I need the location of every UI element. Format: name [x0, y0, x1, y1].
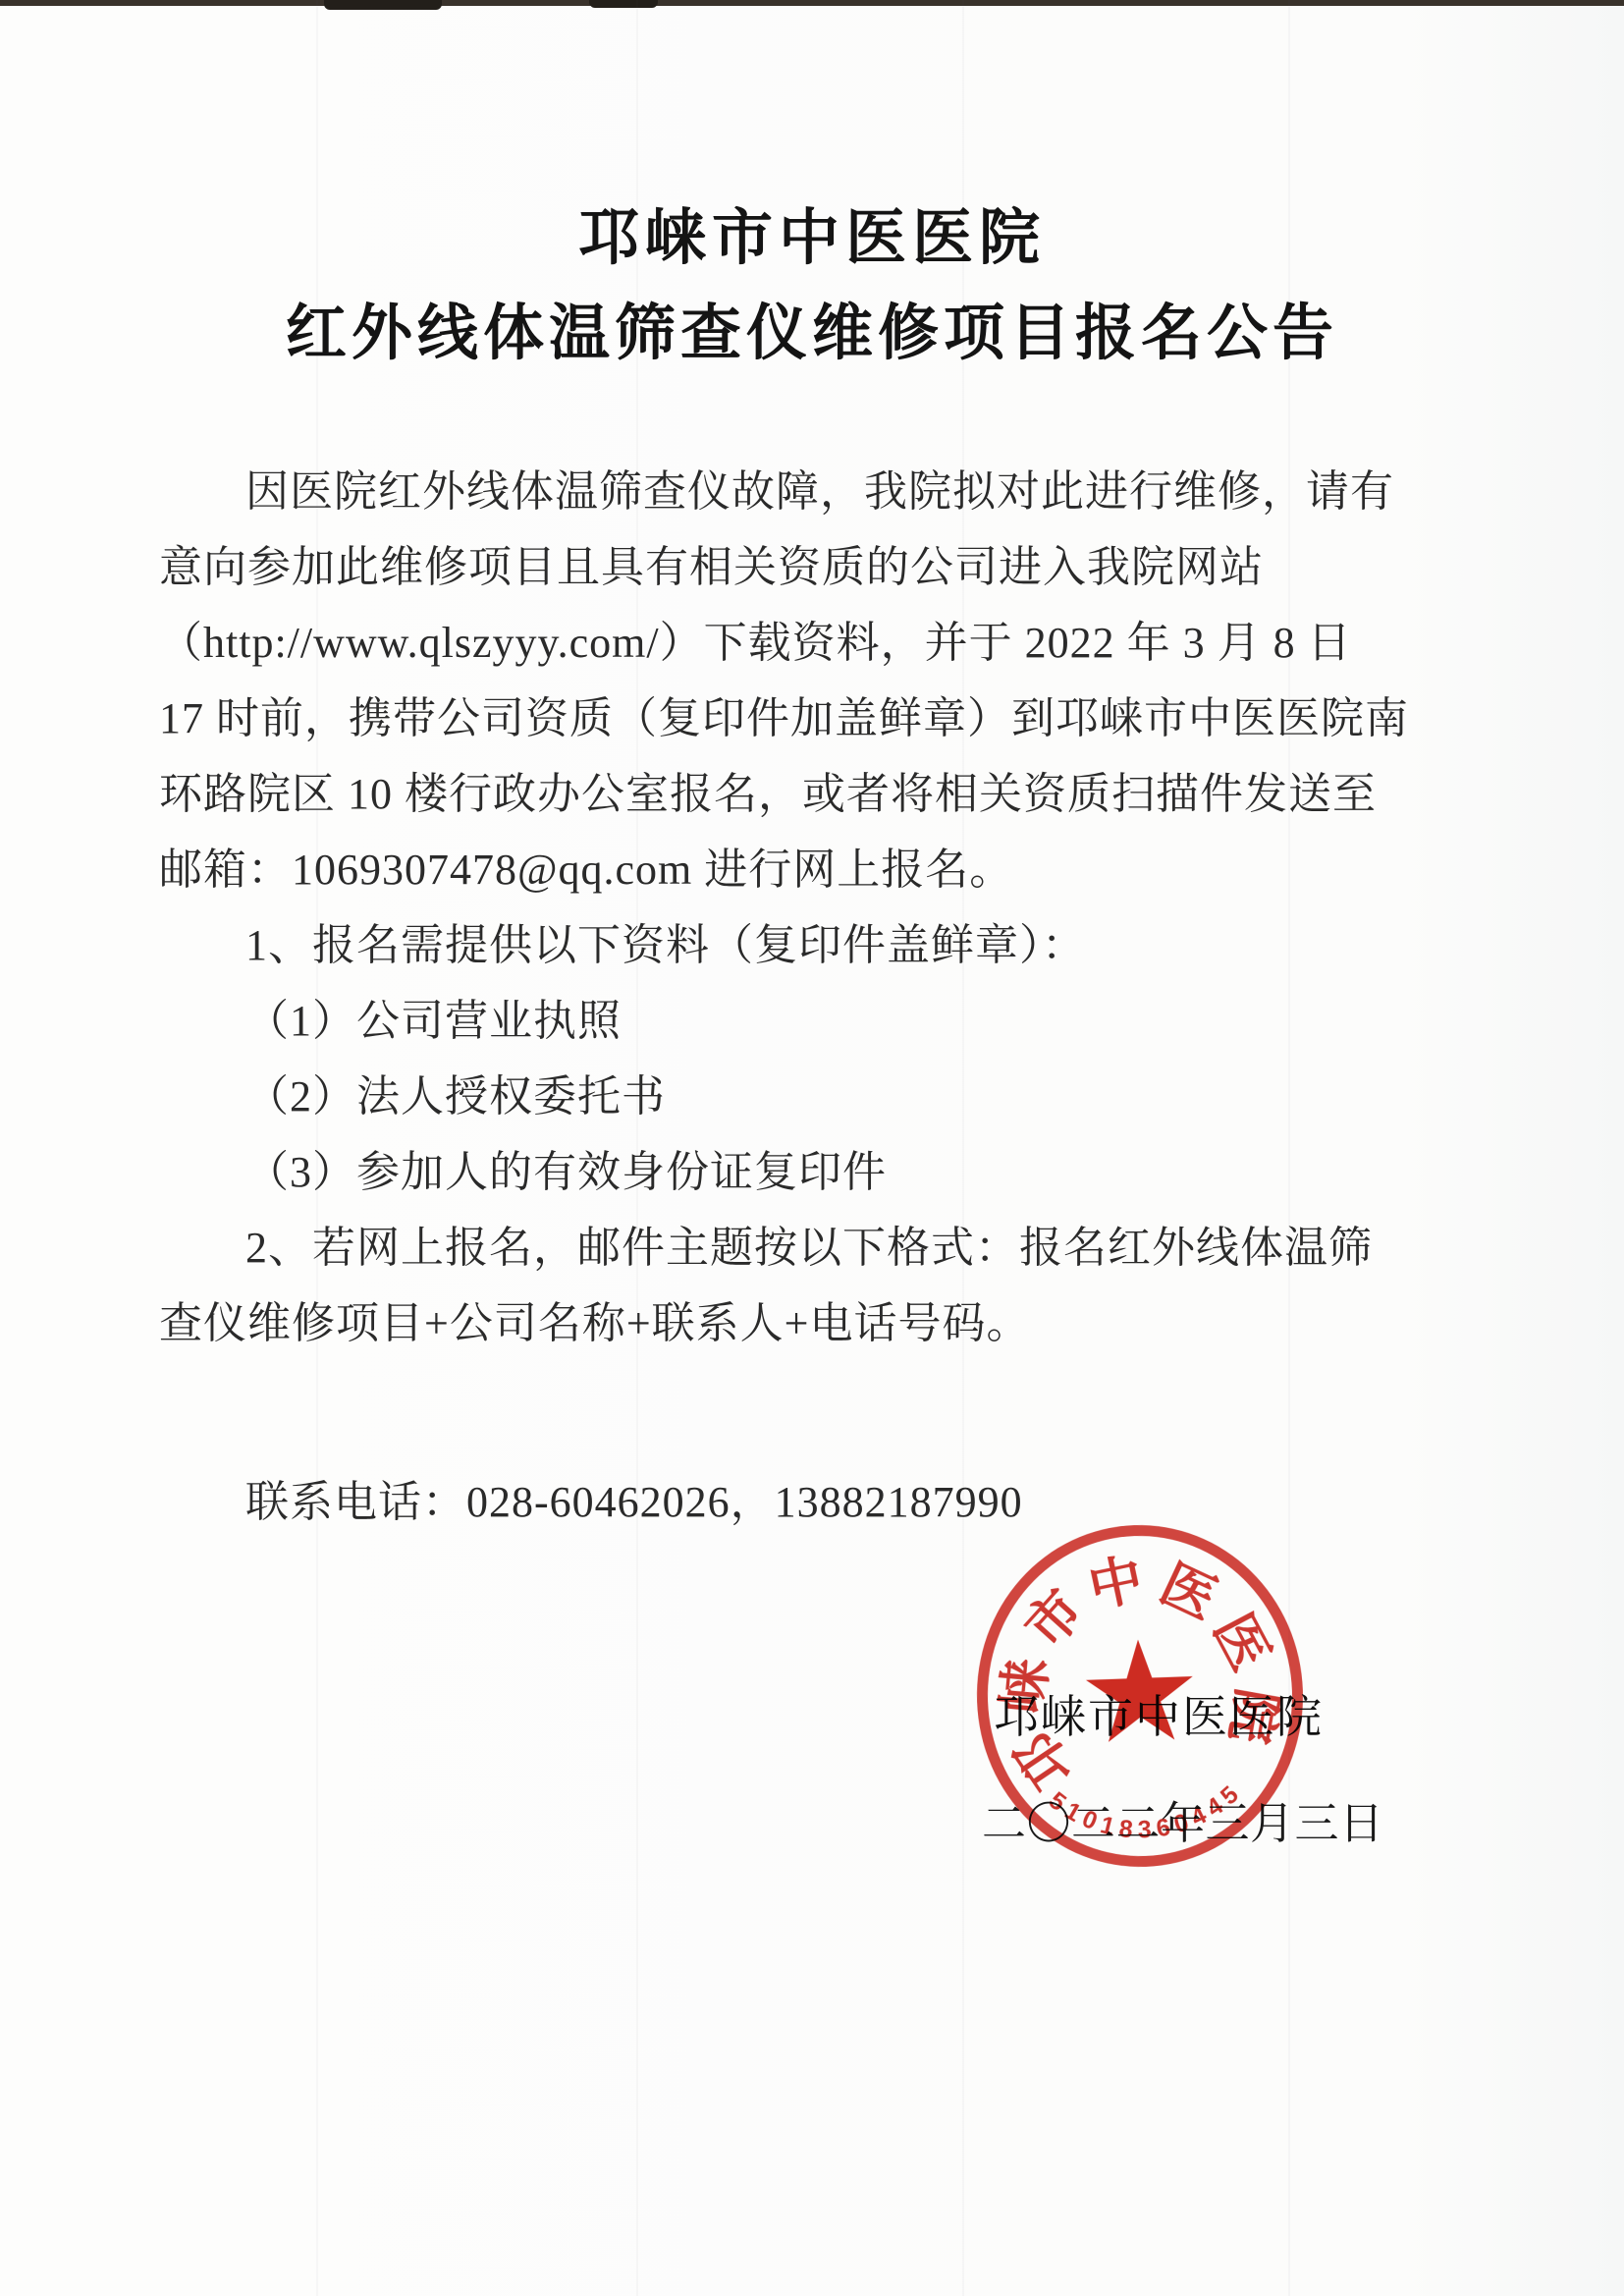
- body-line-subitem-1: （1）公司营业执照: [159, 983, 1445, 1059]
- star-icon: ★: [1075, 1621, 1205, 1765]
- contact-phone-line: 联系电话：028-60462026，13882187990: [159, 1473, 1023, 1532]
- seal-ring-char: 崃: [997, 1657, 1056, 1716]
- scan-artifact-blob: [324, 0, 442, 10]
- scan-artifact-top-edge: [0, 0, 1624, 6]
- doc-title-project: 红外线体温筛查仪维修项目报名公告: [0, 284, 1624, 371]
- doc-body: 因医院红外线体温筛查仪故障，我院拟对此进行维修，请有 意向参加此维修项目且具有相…: [159, 454, 1445, 1361]
- body-line: 查仪维修项目+公司名称+联系人+电话号码。: [159, 1285, 1445, 1361]
- body-line-subitem-2: （2）法人授权委托书: [159, 1059, 1445, 1134]
- body-line: 环路院区 10 楼行政办公室报名，或者将相关资质扫描件发送至: [159, 756, 1445, 832]
- seal-serial-digit: 3: [1137, 1818, 1152, 1842]
- body-line: 意向参加此维修项目且具有相关资质的公司进入我院网站: [159, 529, 1445, 605]
- body-line: 17 时前，携带公司资质（复印件加盖鲜章）到邛崃市中医医院南: [159, 681, 1445, 756]
- body-line: 因医院红外线体温筛查仪故障，我院拟对此进行维修，请有: [159, 454, 1445, 529]
- seal-serial-digit: 8: [1117, 1817, 1133, 1842]
- body-line-website: （http://www.qlszyyy.com/）下载资料，并于 2022 年 …: [159, 605, 1445, 681]
- body-line-email: 邮箱：1069307478@qq.com 进行网上报名。: [159, 832, 1445, 907]
- scanned-document-page: 邛崃市中医医院 红外线体温筛查仪维修项目报名公告 因医院红外线体温筛查仪故障，我…: [0, 0, 1624, 2296]
- body-line-item-1: 1、报名需提供以下资料（复印件盖鲜章）：: [159, 907, 1445, 983]
- official-seal: ★ 邛 崃 市 中 医 医 院 5 1 0 1 8 3 6 0 4 4 5: [971, 1519, 1309, 1872]
- seal-ring-char: 中: [1084, 1552, 1148, 1615]
- doc-title-hospital: 邛崃市中医医院: [0, 189, 1624, 276]
- scan-artifact-blob: [589, 0, 658, 8]
- body-line-item-2: 2、若网上报名，邮件主题按以下格式：报名红外线体温筛: [159, 1210, 1445, 1285]
- body-line-subitem-3: （3）参加人的有效身份证复印件: [159, 1134, 1445, 1210]
- seal-ring-char: 院: [1221, 1684, 1284, 1747]
